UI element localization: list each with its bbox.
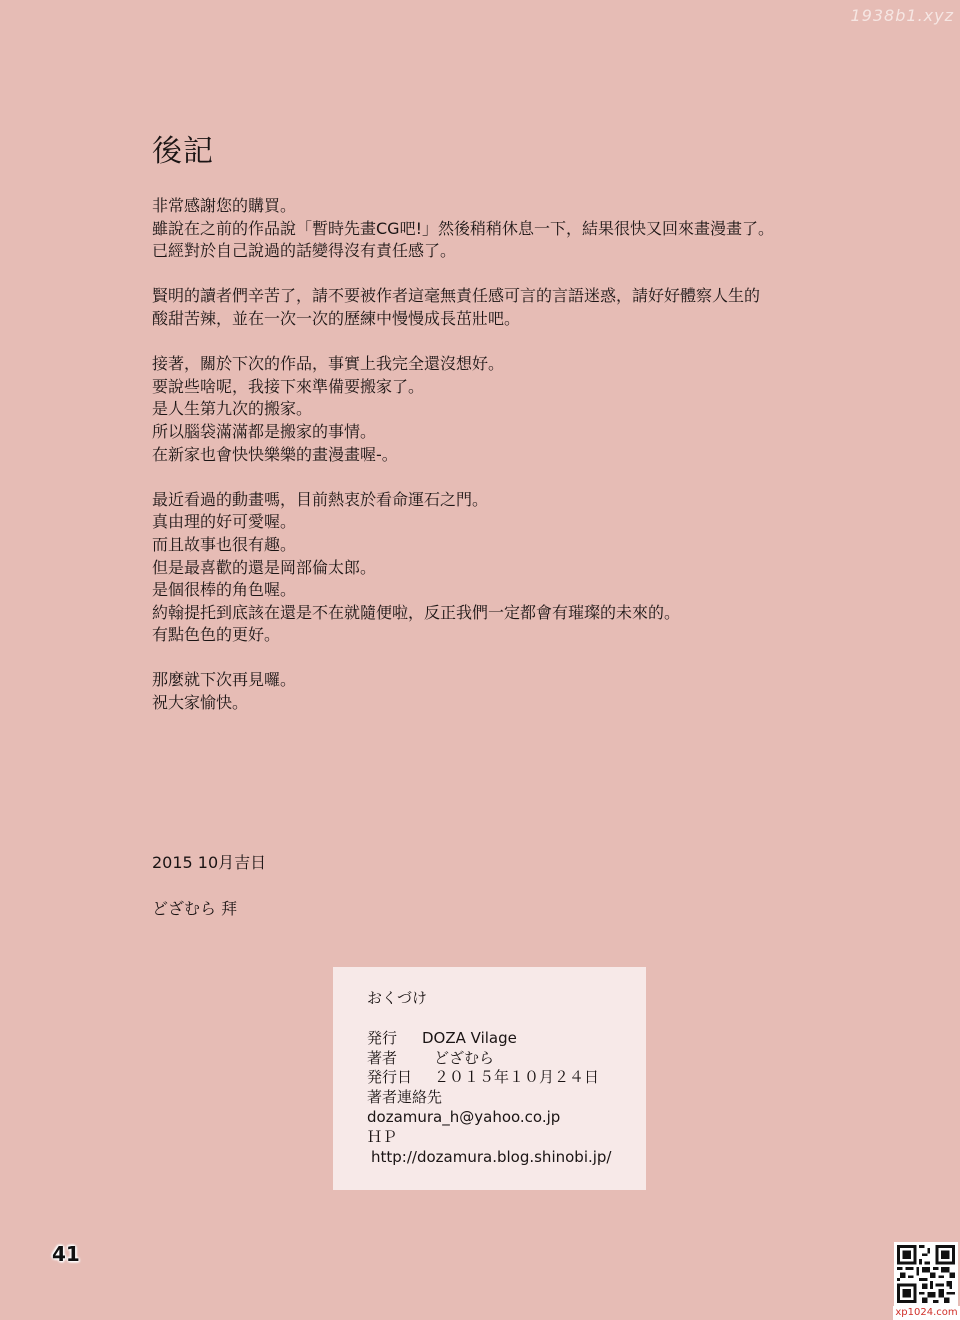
text-line: 祝大家愉快。 [152,692,852,715]
issue-date-label: 発行日 [367,1068,434,1088]
text-line: 是人生第九次的搬家。 [152,398,852,421]
text-line: 在新家也會快快樂樂的畫漫畫喔-。 [152,444,852,467]
issue-date-row: 発行日 ２０１５年１０月２４日 [367,1068,646,1088]
text-line: 是個很棒的角色喔。 [152,579,852,602]
paragraph: 賢明的讀者們辛苦了，請不要被作者這毫無責任感可言的言語迷惑，請好好體察人生的 酸… [152,285,852,330]
paragraph: 最近看過的動畫嗎，目前熱衷於看命運石之門。 真由理的好可愛喔。 而且故事也很有趣… [152,489,852,647]
watermark: 1938b1.xyz [851,6,954,25]
text-line: 真由理的好可愛喔。 [152,511,852,534]
colophon-heading: おくづけ [367,989,646,1009]
colophon-box: おくづけ 発行 DOZA Vilage 著者 どざむら 発行日 ２０１５年１０月… [333,967,646,1190]
publisher-label: 発行 [367,1029,422,1049]
publisher-row: 発行 DOZA Vilage [367,1029,646,1049]
text-line: 賢明的讀者們辛苦了，請不要被作者這毫無責任感可言的言語迷惑，請好好體察人生的 [152,285,852,308]
qr-code-icon [894,1242,958,1306]
text-line: 非常感謝您的購買。 [152,195,852,218]
page-number: 41 [52,1242,80,1266]
author-label: 著者 [367,1049,434,1069]
text-line: 而且故事也很有趣。 [152,534,852,557]
text-line: 已經對於自己說過的話變得沒有責任感了。 [152,240,852,263]
signature: どざむら 拜 [152,896,237,919]
text-line: 那麼就下次再見囉。 [152,669,852,692]
publisher-value: DOZA Vilage [422,1029,517,1049]
paragraph: 接著，關於下次的作品，事實上我完全還沒想好。 要說些啥呢，我接下來準備要搬家了。… [152,353,852,466]
author-row: 著者 どざむら [367,1049,646,1069]
text-line: 雖說在之前的作品說「暫時先畫CG吧!」然後稍稍休息一下，結果很快又回來畫漫畫了。 [152,218,852,241]
issue-date-value: ２０１５年１０月２４日 [434,1068,599,1088]
paragraph: 非常感謝您的購買。 雖說在之前的作品說「暫時先畫CG吧!」然後稍稍休息一下，結果… [152,195,852,263]
hp-label: ＨＰ [367,1128,646,1148]
text-line: 但是最喜歡的還是岡部倫太郎。 [152,557,852,580]
text-line: 要說些啥呢，我接下來準備要搬家了。 [152,376,852,399]
text-line: 約翰提托到底該在還是不在就隨便啦，反正我們一定都會有璀璨的未來的。 [152,602,852,625]
author-value: どざむら [434,1049,494,1069]
qr-caption: xp1024.com [893,1306,960,1320]
page-title: 後記 [152,126,214,170]
homepage-link[interactable]: http://dozamura.blog.shinobi.jp/ [367,1148,646,1168]
text-line: 酸甜苦辣，並在一次一次的歷練中慢慢成長茁壯吧。 [152,308,852,331]
paragraph: 那麼就下次再見囉。 祝大家愉快。 [152,669,852,714]
text-line: 所以腦袋滿滿都是搬家的事情。 [152,421,852,444]
contact-label: 著者連絡先 [367,1088,646,1108]
text-line: 接著，關於下次的作品，事實上我完全還沒想好。 [152,353,852,376]
text-line: 最近看過的動畫嗎，目前熱衷於看命運石之門。 [152,489,852,512]
email-link[interactable]: dozamura_h@yahoo.co.jp [367,1108,646,1128]
afterword-body: 非常感謝您的購買。 雖說在之前的作品說「暫時先畫CG吧!」然後稍稍休息一下，結果… [152,195,852,737]
text-line: 有點色色的更好。 [152,624,852,647]
date-line: 2015 10月吉日 [152,850,266,873]
